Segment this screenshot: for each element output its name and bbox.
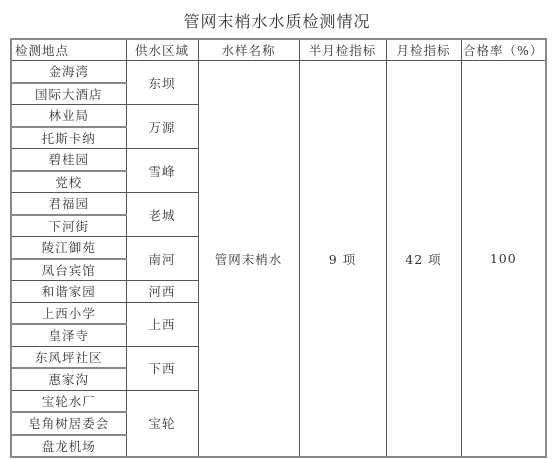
location-cell: 托斯卡纳 bbox=[11, 127, 126, 149]
location-cell: 盘龙机场 bbox=[11, 435, 126, 458]
table-row: 金海湾 东坝 管网末梢水 9 项 42 项 100 bbox=[11, 61, 546, 83]
location-cell: 陵江御苑 bbox=[11, 237, 126, 259]
location-cell: 东风坪社区 bbox=[11, 346, 126, 368]
location-cell: 碧桂园 bbox=[11, 149, 126, 171]
location-cell: 林业局 bbox=[11, 105, 126, 127]
location-cell: 凤台宾馆 bbox=[11, 259, 126, 281]
area-cell: 万源 bbox=[126, 105, 198, 149]
location-cell: 党校 bbox=[11, 171, 126, 193]
location-cell: 国际大酒店 bbox=[11, 83, 126, 105]
location-cell: 上西小学 bbox=[11, 302, 126, 324]
location-cell: 和谐家园 bbox=[11, 281, 126, 303]
header-location: 检测地点 bbox=[11, 39, 126, 61]
sample-name-cell: 管网末梢水 bbox=[198, 61, 299, 458]
header-pass-rate: 合格率（%） bbox=[461, 39, 546, 61]
water-quality-table: 检测地点 供水区域 水样名称 半月检指标 月检指标 合格率（%） 金海湾 东坝 … bbox=[10, 38, 547, 458]
header-row: 检测地点 供水区域 水样名称 半月检指标 月检指标 合格率（%） bbox=[11, 39, 546, 61]
header-area: 供水区域 bbox=[126, 39, 198, 61]
header-month: 月检指标 bbox=[386, 39, 461, 61]
area-cell: 雪峰 bbox=[126, 149, 198, 193]
header-sample-name: 水样名称 bbox=[198, 39, 299, 61]
area-cell: 下西 bbox=[126, 346, 198, 390]
header-half-month: 半月检指标 bbox=[299, 39, 386, 61]
area-cell: 南河 bbox=[126, 237, 198, 281]
location-cell: 君福园 bbox=[11, 193, 126, 215]
area-cell: 河西 bbox=[126, 281, 198, 303]
month-items-cell: 42 项 bbox=[386, 61, 461, 458]
area-cell: 老城 bbox=[126, 193, 198, 237]
pass-rate-cell: 100 bbox=[461, 61, 546, 458]
area-cell: 东坝 bbox=[126, 61, 198, 105]
location-cell: 金海湾 bbox=[11, 61, 126, 83]
location-cell: 下河街 bbox=[11, 215, 126, 237]
half-month-items-cell: 9 项 bbox=[299, 61, 386, 458]
page-title: 管网末梢水水质检测情况 bbox=[0, 9, 554, 32]
location-cell: 惠家沟 bbox=[11, 368, 126, 390]
location-cell: 宝轮水厂 bbox=[11, 390, 126, 412]
location-cell: 皂角树居委会 bbox=[11, 412, 126, 435]
location-cell: 皇泽寺 bbox=[11, 324, 126, 346]
area-cell: 上西 bbox=[126, 302, 198, 346]
area-cell: 宝轮 bbox=[126, 390, 198, 457]
